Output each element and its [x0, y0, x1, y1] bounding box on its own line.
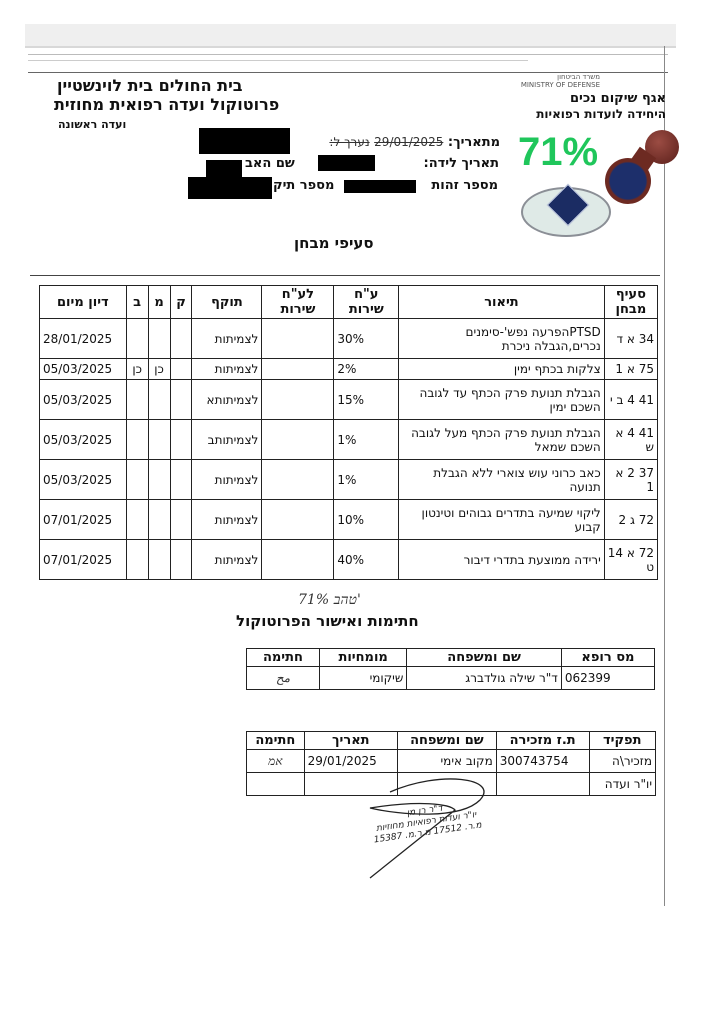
cell-description: צלקות בכתף ימין: [399, 359, 605, 380]
doctor-specialty: שיקומי: [319, 667, 406, 690]
father-name-label: שם האב: [245, 156, 295, 171]
table-row: 062399 ד"ר שילה גולדברג שיקומי ﻣﺢ: [247, 667, 655, 690]
col-name: שם ומשפחה: [397, 732, 496, 750]
cell-validity: לצמיתותב: [192, 420, 262, 460]
hospital-name: בית החולים בית לוינשטיין: [57, 76, 243, 95]
cell-service-percent: 10%: [334, 500, 399, 540]
col-m: מ: [148, 286, 170, 319]
cell-validity: לצמיתות: [192, 540, 262, 580]
cell-k-flag: [170, 500, 192, 540]
disability-percent-overlay: 71%: [518, 130, 598, 175]
col-b: ב: [126, 286, 148, 319]
cell-description: הגבלת תנועת פרק הכתף מעל לגובה השכם שמאל: [399, 420, 605, 460]
cell-validity: לצמיתות: [192, 359, 262, 380]
cell-clause: 37 2 א 1: [604, 460, 657, 500]
cell-clause: 72 א 14 ט: [604, 540, 657, 580]
cell-b-flag: [126, 319, 148, 359]
col-doctor-no: מס רופא: [561, 649, 654, 667]
cell-description: ירידה ממוצעת בתדרי דיבור: [399, 540, 605, 580]
cell-clause: 72 ג 2: [604, 500, 657, 540]
cell-discussion-date: 05/03/2025: [40, 359, 127, 380]
cell-non-service-percent: [262, 359, 334, 380]
col-service-pct: ע"ח שירות: [334, 286, 399, 319]
scan-artifact: [28, 60, 528, 61]
from-date-label: מתאריך:: [448, 135, 500, 150]
handwritten-note: 71% טהב': [298, 592, 361, 609]
section-divider: [30, 275, 660, 276]
scan-artifact: [28, 54, 668, 55]
cell-k-flag: [170, 319, 192, 359]
cell-description: כאב כרוני עוש צוארי ללא הגבלת תנועה: [399, 460, 605, 500]
cell-non-service-percent: [262, 380, 334, 420]
cell-description: הגבלת תנועת פרק הכתף עד לגובה השכם ימין: [399, 380, 605, 420]
cell-discussion-date: 05/03/2025: [40, 380, 127, 420]
table-row: 75 א 1צלקות בכתף ימין2%לצמיתותכןכן05/03/…: [40, 359, 658, 380]
exam-clauses-table: סעיף מבחן תיאור ע"ח שירות לע"ח שירות תוק…: [39, 285, 658, 580]
cell-service-percent: 1%: [334, 420, 399, 460]
doctor-number: 062399: [561, 667, 654, 690]
cell-discussion-date: 07/01/2025: [40, 540, 127, 580]
cell-non-service-percent: [262, 319, 334, 359]
father-name-field: שם האב: [245, 156, 295, 171]
file-number-label: מספר תיק: [273, 178, 334, 193]
cell-discussion-date: 05/03/2025: [40, 460, 127, 500]
from-date-value: 29/01/2025: [374, 135, 443, 149]
cell-m-flag: [148, 460, 170, 500]
cell-non-service-percent: [262, 500, 334, 540]
col-specialty: מומחיות: [319, 649, 406, 667]
doctor-signature: ﻣﺢ: [247, 667, 320, 690]
cell-k-flag: [170, 359, 192, 380]
cell-description: PTSDהפרעה נפש'-סימנים נכרים,הגבלה ניכרת: [399, 319, 605, 359]
cell-validity: לצמיתותא: [192, 380, 262, 420]
exam-section-title: סעיפי מבחן: [294, 234, 374, 252]
col-date: תאריך: [304, 732, 397, 750]
cell-m-flag: [148, 380, 170, 420]
cell-non-service-percent: [262, 420, 334, 460]
cell-service-percent: 2%: [334, 359, 399, 380]
col-signature: חתימה: [247, 732, 305, 750]
id-number-label: מספר זהות: [431, 178, 498, 193]
cell-validity: לצמיתות: [192, 319, 262, 359]
held-for-label: נערך ל:: [329, 135, 369, 149]
chair-signature: [247, 773, 305, 796]
birth-date-label: תאריך לידה:: [424, 156, 500, 171]
cell-b-flag: כן: [126, 359, 148, 380]
viewer-top-bar: [25, 24, 676, 48]
cell-b-flag: [126, 420, 148, 460]
table-row: 41 4 ב יהגבלת תנועת פרק הכתף עד לגובה הש…: [40, 380, 658, 420]
cell-non-service-percent: [262, 460, 334, 500]
col-date: דיון מיום: [40, 286, 127, 319]
cell-k-flag: [170, 460, 192, 500]
cell-discussion-date: 07/01/2025: [40, 500, 127, 540]
col-clause: סעיף מבחן: [604, 286, 657, 319]
table-row: 41 4 א שהגבלת תנועת פרק הכתף מעל לגובה ה…: [40, 420, 658, 460]
cell-service-percent: 40%: [334, 540, 399, 580]
protocol-title: פרוטוקול ועדה רפואית מחוזית: [54, 95, 279, 114]
table-row: 72 א 14 טירידה ממוצעת בתדרי דיבור40%לצמי…: [40, 540, 658, 580]
cell-clause: 75 א 1: [604, 359, 657, 380]
cell-b-flag: [126, 540, 148, 580]
cell-validity: לצמיתות: [192, 500, 262, 540]
cell-validity: לצמיתות: [192, 460, 262, 500]
redaction-block: [344, 180, 416, 193]
rubber-stamp-base: [605, 158, 651, 204]
cell-service-percent: 15%: [334, 380, 399, 420]
cell-m-flag: כן: [148, 359, 170, 380]
cell-clause: 41 4 א ש: [604, 420, 657, 460]
id-number-field: מספר זהות: [431, 178, 498, 193]
col-name: שם ומשפחה: [407, 649, 561, 667]
col-role: תפקיד: [589, 732, 655, 750]
ministry-logo: משרד הביטחון MINISTRY OF DEFENSE: [520, 73, 600, 89]
department-name: אגף שיקום נכים: [570, 91, 666, 106]
cell-b-flag: [126, 460, 148, 500]
cell-non-service-percent: [262, 540, 334, 580]
col-k: ק: [170, 286, 192, 319]
col-id: ת.ז מזכירה: [496, 732, 589, 750]
ministry-name-en: MINISTRY OF DEFENSE: [520, 81, 600, 89]
committee-type: ועדה ראשונה: [58, 118, 126, 131]
page-edge-line: [664, 46, 665, 906]
table-row: 34 א דPTSDהפרעה נפש'-סימנים נכרים,הגבלה …: [40, 319, 658, 359]
birth-date-field: תאריך לידה:: [424, 156, 500, 171]
cell-discussion-date: 28/01/2025: [40, 319, 127, 359]
cell-clause: 41 4 ב י: [604, 380, 657, 420]
table-header-row: תפקיד ת.ז מזכירה שם ומשפחה תאריך חתימה: [247, 732, 656, 750]
col-signature: חתימה: [247, 649, 320, 667]
cell-clause: 34 א ד: [604, 319, 657, 359]
table-header-row: סעיף מבחן תיאור ע"ח שירות לע"ח שירות תוק…: [40, 286, 658, 319]
redaction-block: [188, 177, 272, 199]
col-validity: תוקף: [192, 286, 262, 319]
cell-m-flag: [148, 540, 170, 580]
cell-b-flag: [126, 380, 148, 420]
cell-discussion-date: 05/03/2025: [40, 420, 127, 460]
cell-m-flag: [148, 420, 170, 460]
redaction-block: [318, 155, 375, 171]
doctor-signature-table: מס רופא שם ומשפחה מומחיות חתימה 062399 ד…: [246, 648, 655, 690]
secretary-role: מזכיר\ה: [589, 750, 655, 773]
table-row: 37 2 א 1כאב כרוני עוש צוארי ללא הגבלת תנ…: [40, 460, 658, 500]
cell-k-flag: [170, 420, 192, 460]
secretary-signature: אמ: [247, 750, 305, 773]
doctor-name: ד"ר שילה גולדברג: [407, 667, 561, 690]
cell-k-flag: [170, 540, 192, 580]
table-row: 72 ג 2ליקוי שמיעה בתדרים גבוהים וטינטון …: [40, 500, 658, 540]
cell-m-flag: [148, 319, 170, 359]
cell-service-percent: 30%: [334, 319, 399, 359]
col-non-service-pct: לע"ח שירות: [262, 286, 334, 319]
cell-b-flag: [126, 500, 148, 540]
chair-role: יו"ר ועדה: [589, 773, 655, 796]
cell-service-percent: 1%: [334, 460, 399, 500]
table-header-row: מס רופא שם ומשפחה מומחיות חתימה: [247, 649, 655, 667]
ministry-name-he: משרד הביטחון: [520, 73, 600, 81]
cell-m-flag: [148, 500, 170, 540]
cell-description: ליקוי שמיעה בתדרים גבוהים וטינטון קבוע: [399, 500, 605, 540]
col-description: תיאור: [399, 286, 605, 319]
redaction-block: [199, 128, 290, 154]
file-number-field: מספר תיק: [273, 178, 334, 193]
signatures-title: חתימות ואישור הפרוטוקול: [236, 612, 419, 630]
cell-k-flag: [170, 380, 192, 420]
from-date-field: מתאריך: 29/01/2025 נערך ל:: [329, 135, 500, 150]
unit-name: היחידה לועדות רפואיות: [536, 107, 666, 121]
